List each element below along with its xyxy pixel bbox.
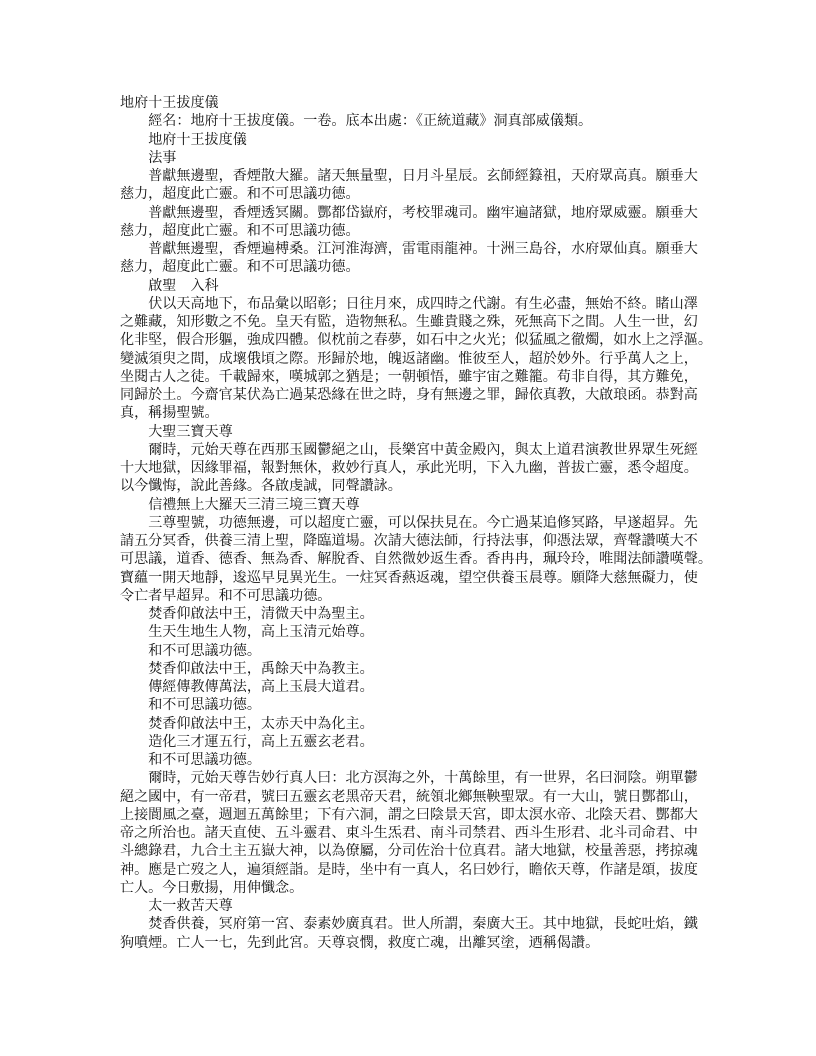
text-line: 絕之國中，有一帝君，號曰五靈玄老黑帝天君，統領北鄉無鞅聖眾。有一大山，號日酆都山… <box>120 788 720 806</box>
paragraph: 爾時，元始天尊在西那玉國鬱絕之山，長樂宮中黃金殿內，與太上道君演教世界眾生死經 … <box>120 441 720 496</box>
text-line: 爾時，元始天尊告妙行真人曰：北方溟海之外，十萬餘里，有一世界，名曰洞陰。朔單鬱 <box>120 769 720 787</box>
text-line: 太一救苦天尊 <box>120 897 720 915</box>
source-note: 經名：地府十王拔度儀。一卷。底本出處：《正統道藏》洞真部威儀類。 <box>120 112 720 130</box>
text-line: 和不可思議功德。 <box>120 642 720 660</box>
section-heading: 法事 <box>120 149 720 167</box>
paragraph: 普獻無邊聖，香煙遍榑桑。江河淮海濟，雷電雨龍神。十洲三島谷，水府眾仙真。願垂大 … <box>120 240 720 277</box>
verse-line: 生天生地生人物，高上玉清元始尊。 <box>120 623 720 641</box>
text-line: 同歸於土。今齋官某伏為亡過某恐緣在世之時，身有無邊之罪，歸依真教，大啟琅函。恭對… <box>120 386 720 404</box>
verse-line: 和不可思議功德。 <box>120 696 720 714</box>
text-line: 神。應是亡歿之人，遍須經詣。是時，坐中有一真人，名曰妙行，瞻依天尊，作諸是頌，拔… <box>120 861 720 879</box>
text-line: 地府十王拔度儀 <box>120 94 720 112</box>
text-line: 伏以天高地下，布品彙以昭彰；日往月來，成四時之代謝。有生必盡，無始不終。睹山澤 <box>120 295 720 313</box>
text-line: 慈力，超度此亡靈。和不可思議功德。 <box>120 258 720 276</box>
text-line: 亡人。今日敷揚，用伸懺念。 <box>120 879 720 897</box>
text-line: 和不可思議功德。 <box>120 751 720 769</box>
text-line: 請五分冥香，供養三清上聖，降臨道場。次請大德法師，行持法事，仰憑法眾，齊聲讚嘆大… <box>120 532 720 550</box>
text-line: 坐閱古人之徒。千載歸來，嘆城郭之猶是；一朝頓悟，雖宇宙之難籠。苟非自得，其方難免… <box>120 368 720 386</box>
paragraph: 伏以天高地下，布品彙以昭彰；日往月來，成四時之代謝。有生必盡，無始不終。睹山澤 … <box>120 295 720 423</box>
text-line: 變滅須臾之間，成壞俄頃之際。形歸於地，魄返諸幽。惟彼至人，超於妙外。行乎萬人之上… <box>120 350 720 368</box>
verse-line: 造化三才運五行，高上五靈玄老君。 <box>120 733 720 751</box>
text-line: 大聖三寶天尊 <box>120 423 720 441</box>
text-line: 以今懺悔，說此善緣。各啟虔誠，同聲讚詠。 <box>120 477 720 495</box>
text-line: 法事 <box>120 149 720 167</box>
text-line: 普獻無邊聖，香煙散大羅。諸天無量聖，日月斗星辰。玄師經籙祖，天府眾高真。願垂大 <box>120 167 720 185</box>
text-line: 生天生地生人物，高上玉清元始尊。 <box>120 623 720 641</box>
text-line: 普獻無邊聖，香煙透冥關。酆都岱嶽府，考校罪魂司。幽牢遍諸獄，地府眾威靈。願垂大 <box>120 204 720 222</box>
paragraph: 爾時，元始天尊告妙行真人曰：北方溟海之外，十萬餘里，有一世界，名曰洞陰。朔單鬱 … <box>120 769 720 897</box>
text-line: 焚香供養，冥府第一宮、泰素妙廣真君。世人所謂，秦廣大王。其中地獄，長蛇吐焰，鐵 <box>120 915 720 933</box>
text-line: 帝之所治也。諸天直使、五斗靈君、東斗生炁君、南斗司禁君、西斗生形君、北斗司命君、… <box>120 824 720 842</box>
section-heading: 信禮無上大羅天三清三境三寶天尊 <box>120 496 720 514</box>
paragraph: 普獻無邊聖，香煙散大羅。諸天無量聖，日月斗星辰。玄師經籙祖，天府眾高真。願垂大 … <box>120 167 720 204</box>
paragraph: 普獻無邊聖，香煙透冥關。酆都岱嶽府，考校罪魂司。幽牢遍諸獄，地府眾威靈。願垂大 … <box>120 204 720 241</box>
text-line: 和不可思議功德。 <box>120 696 720 714</box>
section-heading: 太一救苦天尊 <box>120 897 720 915</box>
verse-line: 焚香仰啟法中王，太赤天中為化主。 <box>120 715 720 733</box>
paragraph: 三尊聖號，功德無邊，可以超度亡靈，可以保扶見在。今亡過某追修冥路，早遂超昇。先 … <box>120 514 720 605</box>
text-line: 上接閬風之臺，週迴五萬餘里；下有六洞，謂之曰陰景天宮，即太溟水帝、北陰天君、酆都… <box>120 806 720 824</box>
document-title: 地府十王拔度儀 <box>120 94 720 112</box>
text-line: 斗總錄君，九合土主五嶽大神，以為僚屬，分司佐治十位真君。諸大地獄，校量善惡，拷掠… <box>120 842 720 860</box>
text-line: 化非堅，假合形軀，強成四體。似枕前之春夢，如石中之火光；似猛風之徹燭，如水上之浮… <box>120 331 720 349</box>
text-line: 普獻無邊聖，香煙遍榑桑。江河淮海濟，雷電雨龍神。十洲三島谷，水府眾仙真。願垂大 <box>120 240 720 258</box>
paragraph: 焚香供養，冥府第一宮、泰素妙廣真君。世人所謂，秦廣大王。其中地獄，長蛇吐焰，鐵 … <box>120 915 720 952</box>
section-heading: 啟聖 入科 <box>120 277 720 295</box>
text-line: 經名：地府十王拔度儀。一卷。底本出處：《正統道藏》洞真部威儀類。 <box>120 112 720 130</box>
text-line: 啟聖 入科 <box>120 277 720 295</box>
section-heading: 大聖三寶天尊 <box>120 423 720 441</box>
verse-line: 焚香仰啟法中王，清微天中為聖主。 <box>120 605 720 623</box>
text-line: 令亡者早超昇。和不可思議功德。 <box>120 587 720 605</box>
text-line: 信禮無上大羅天三清三境三寶天尊 <box>120 496 720 514</box>
text-line: 慈力，超度此亡靈。和不可思議功德。 <box>120 185 720 203</box>
text-line: 三尊聖號，功德無邊，可以超度亡靈，可以保扶見在。今亡過某追修冥路，早遂超昇。先 <box>120 514 720 532</box>
text-line: 造化三才運五行，高上五靈玄老君。 <box>120 733 720 751</box>
section-heading: 地府十王拔度儀 <box>120 131 720 149</box>
text-line: 可思議，道香、德香、無為香、解脫香、自然微妙返生香。香冉冉，珮玲玲，唯聞法師讚嘆… <box>120 550 720 568</box>
text-line: 傳經傳教傳萬法，高上玉晨大道君。 <box>120 678 720 696</box>
text-line: 狗噴煙。亡人一七，先到此宮。天尊哀憫，救度亡魂，出離冥塗，迺稱偈讚。 <box>120 934 720 952</box>
text-line: 焚香仰啟法中王，太赤天中為化主。 <box>120 715 720 733</box>
text-line: 慈力，超度此亡靈。和不可思議功德。 <box>120 222 720 240</box>
document-page: 地府十王拔度儀 經名：地府十王拔度儀。一卷。底本出處：《正統道藏》洞真部威儀類。… <box>120 94 720 952</box>
verse-line: 傳經傳教傳萬法，高上玉晨大道君。 <box>120 678 720 696</box>
text-line: 之難藏，知形數之不免。皇天有監，造物無私。生雖貴賤之殊，死無高下之間。人生一世，… <box>120 313 720 331</box>
text-line: 十大地獄，因緣罪福，報對無休，救妙行真人，承此光明，下入九幽，普拔亡靈，悉令超度… <box>120 459 720 477</box>
text-line: 地府十王拔度儀 <box>120 131 720 149</box>
verse-line: 和不可思議功德。 <box>120 751 720 769</box>
text-line: 焚香仰啟法中王，清微天中為聖主。 <box>120 605 720 623</box>
text-line: 真，稱揚聖號。 <box>120 404 720 422</box>
text-line: 寶蘊一開天地靜，逡巡早見異光生。一炷冥香爇返魂，望空供養玉晨尊。願降大慈無礙力，… <box>120 569 720 587</box>
text-line: 焚香仰啟法中王，禹餘天中為教主。 <box>120 660 720 678</box>
verse-line: 焚香仰啟法中王，禹餘天中為教主。 <box>120 660 720 678</box>
verse-line: 和不可思議功德。 <box>120 642 720 660</box>
text-line: 爾時，元始天尊在西那玉國鬱絕之山，長樂宮中黃金殿內，與太上道君演教世界眾生死經 <box>120 441 720 459</box>
